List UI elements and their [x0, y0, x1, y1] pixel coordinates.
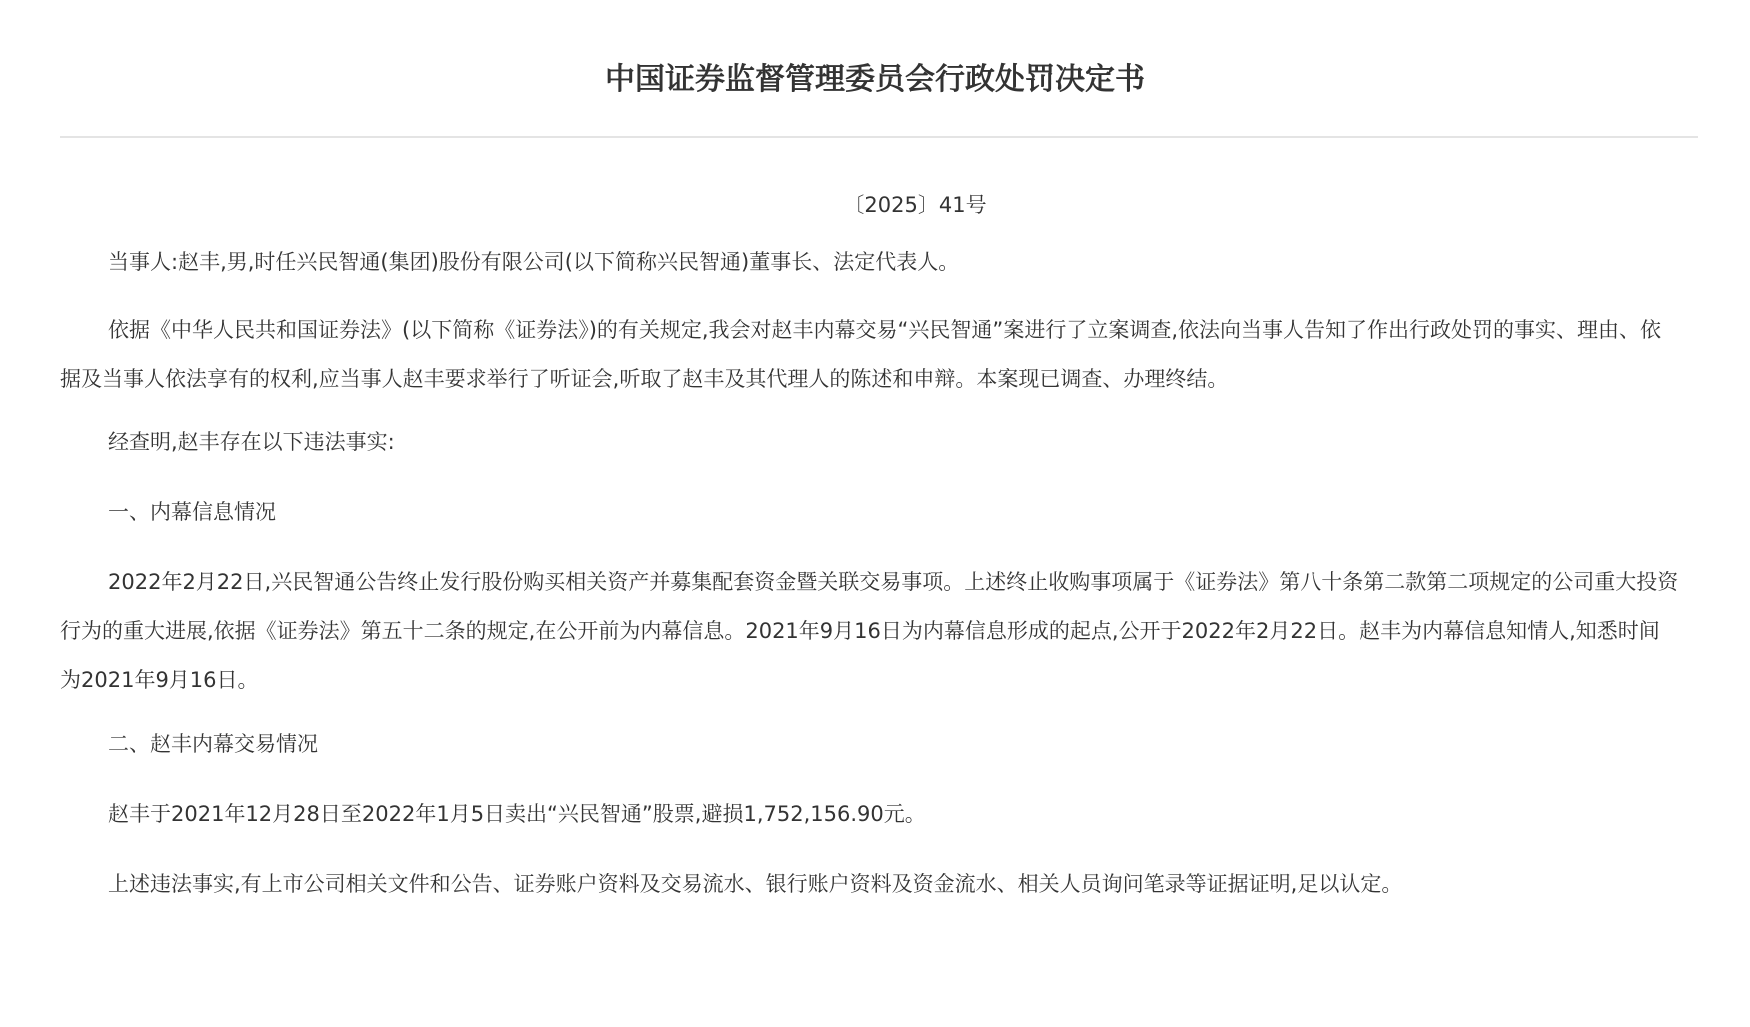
paragraph-party: 当事人:赵丰,男,时任兴民智通(集团)股份有限公司(以下简称兴民智通)董事长、法…: [60, 238, 1680, 287]
document-number: 〔2025〕41号: [0, 190, 1750, 220]
section-2-heading: 二、赵丰内幕交易情况: [60, 720, 1680, 769]
section-2-body: 赵丰于2021年12月28日至2022年1月5日卖出“兴民智通”股票,避损1,7…: [60, 790, 1680, 839]
paragraph-evidence: 上述违法事实,有上市公司相关文件和公告、证券账户资料及交易流水、银行账户资料及资…: [60, 860, 1680, 909]
title-divider: [60, 136, 1698, 138]
document-title: 中国证券监督管理委员会行政处罚决定书: [0, 60, 1750, 100]
paragraph-findings-intro: 经查明,赵丰存在以下违法事实:: [60, 418, 1680, 467]
paragraph-basis: 依据《中华人民共和国证券法》(以下简称《证券法》)的有关规定,我会对赵丰内幕交易…: [60, 306, 1680, 404]
section-1-body: 2022年2月22日,兴民智通公告终止发行股份购买相关资产并募集配套资金暨关联交…: [60, 558, 1680, 705]
section-1-heading: 一、内幕信息情况: [60, 488, 1680, 537]
